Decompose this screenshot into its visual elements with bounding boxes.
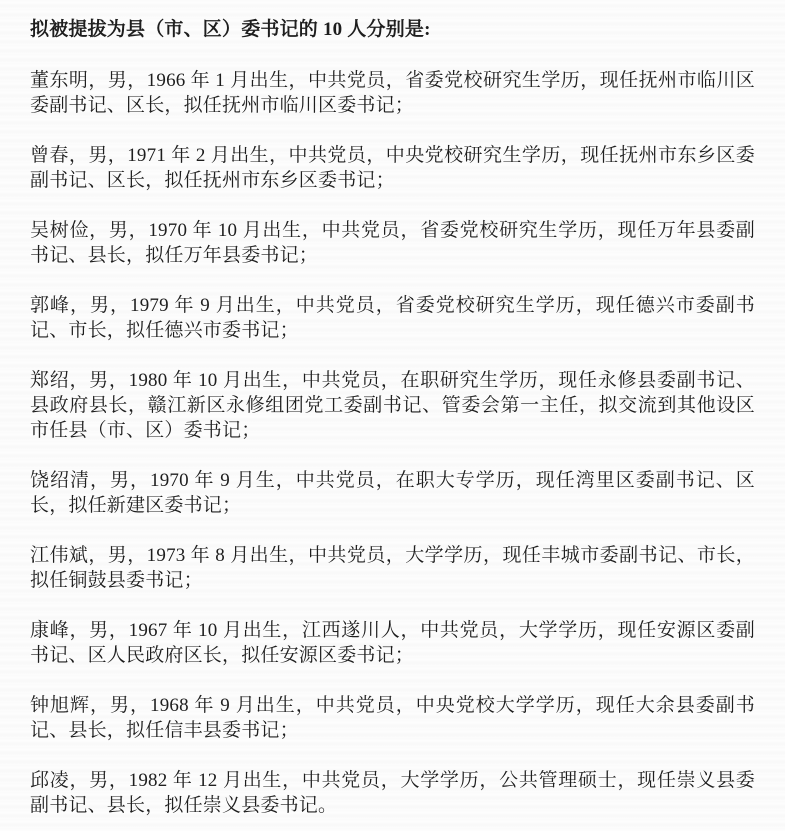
officer-paragraph-list: 董东明，男，1966 年 1 月出生，中共党员，省委党校研究生学历，现任抚州市临… [30, 68, 755, 818]
officer-paragraph: 康峰，男，1967 年 10 月出生，江西遂川人，中共党员，大学学历，现任安源区… [30, 618, 755, 668]
officer-paragraph: 董东明，男，1966 年 1 月出生，中共党员，省委党校研究生学历，现任抚州市临… [30, 68, 755, 118]
document-heading: 拟被提拔为县（市、区）委书记的 10 人分别是: [30, 17, 755, 43]
officer-paragraph: 曾春，男，1971 年 2 月出生，中共党员，中央党校研究生学历，现任抚州市东乡… [30, 143, 755, 193]
announcement-document: 拟被提拔为县（市、区）委书记的 10 人分别是: 董东明，男，1966 年 1 … [0, 0, 785, 831]
officer-paragraph: 江伟斌，男，1973 年 8 月出生，中共党员，大学学历，现任丰城市委副书记、市… [30, 543, 755, 593]
officer-paragraph: 郭峰，男，1979 年 9 月出生，中共党员，省委党校研究生学历，现任德兴市委副… [30, 293, 755, 343]
officer-paragraph: 吴树俭，男，1970 年 10 月出生，中共党员，省委党校研究生学历，现任万年县… [30, 218, 755, 268]
officer-paragraph: 郑绍，男，1980 年 10 月出生，中共党员，在职研究生学历，现任永修县委副书… [30, 368, 755, 443]
officer-paragraph: 饶绍清，男，1970 年 9 月生，中共党员，在职大专学历，现任湾里区委副书记、… [30, 468, 755, 518]
officer-paragraph: 邱凌，男，1982 年 12 月出生，中共党员，大学学历，公共管理硕士，现任崇义… [30, 768, 755, 818]
officer-paragraph: 钟旭辉，男，1968 年 9 月出生，中共党员，中央党校大学学历，现任大余县委副… [30, 693, 755, 743]
